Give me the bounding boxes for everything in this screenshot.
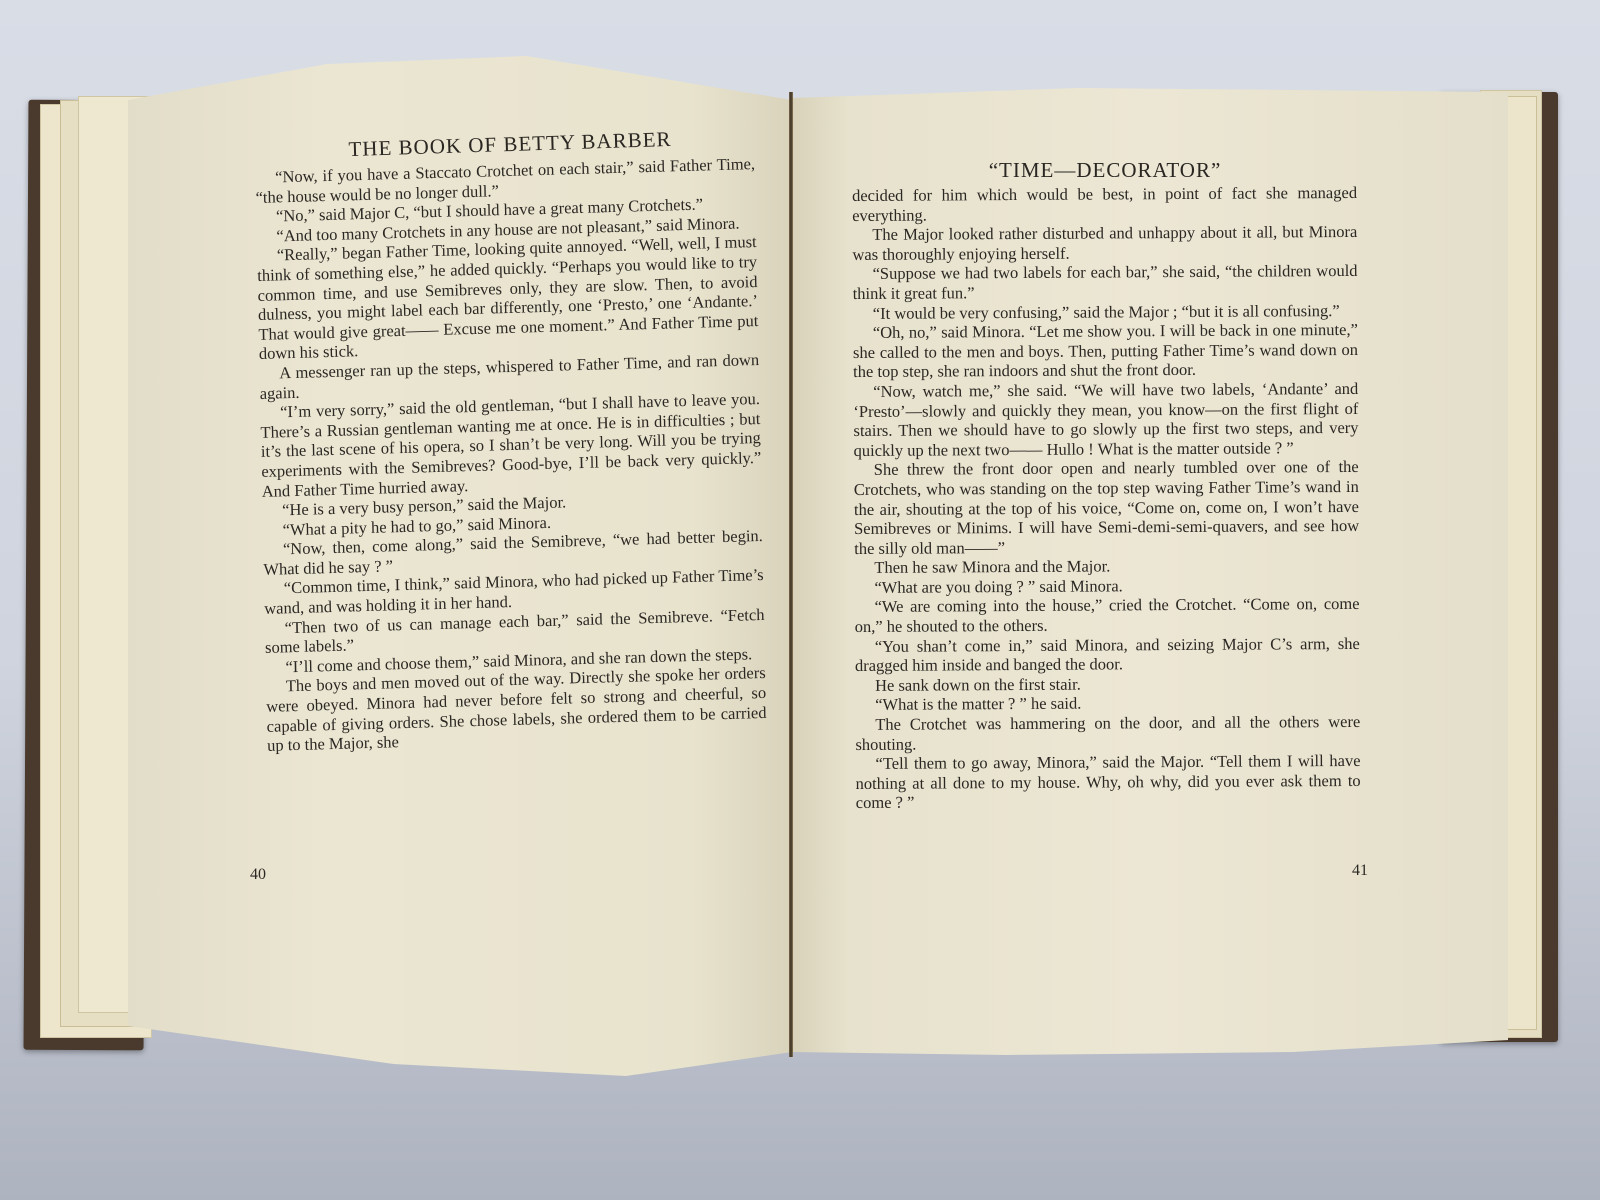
paragraph: The Major looked rather disturbed and un… (852, 222, 1357, 264)
paragraph: “Now, watch me,” she said. “We will have… (853, 379, 1358, 460)
paragraph: “Oh, no,” said Minora. “Let me show you.… (853, 320, 1358, 382)
paragraph: “You shan’t come in,” said Minora, and s… (855, 634, 1360, 676)
left-page-body: “Now, if you have a Staccato Crotchet on… (255, 154, 767, 756)
right-page-body: decided for him which would be best, in … (852, 183, 1361, 813)
paragraph: The Crotchet was hammering on the door, … (855, 712, 1360, 754)
running-head-right: “TIME—DECORATOR” (955, 158, 1255, 183)
paragraph: “We are coming into the house,” cried th… (855, 594, 1360, 636)
paragraph: “Really,” began Father Time, looking qui… (257, 232, 759, 363)
paragraph: “Suppose we had two labels for each bar,… (852, 261, 1357, 303)
book-gutter (789, 92, 793, 1057)
paragraph: decided for him which would be best, in … (852, 183, 1357, 225)
paragraph: The boys and men moved out of the way. D… (266, 663, 767, 755)
paragraph: “I’m very sorry,” said the old gentleman… (260, 389, 762, 501)
paragraph: “Tell them to go away, Minora,” said the… (855, 751, 1360, 813)
page-number-right: 41 (1352, 862, 1368, 880)
paragraph: She threw the front door open and nearly… (854, 457, 1360, 558)
page-number-left: 40 (250, 866, 266, 884)
